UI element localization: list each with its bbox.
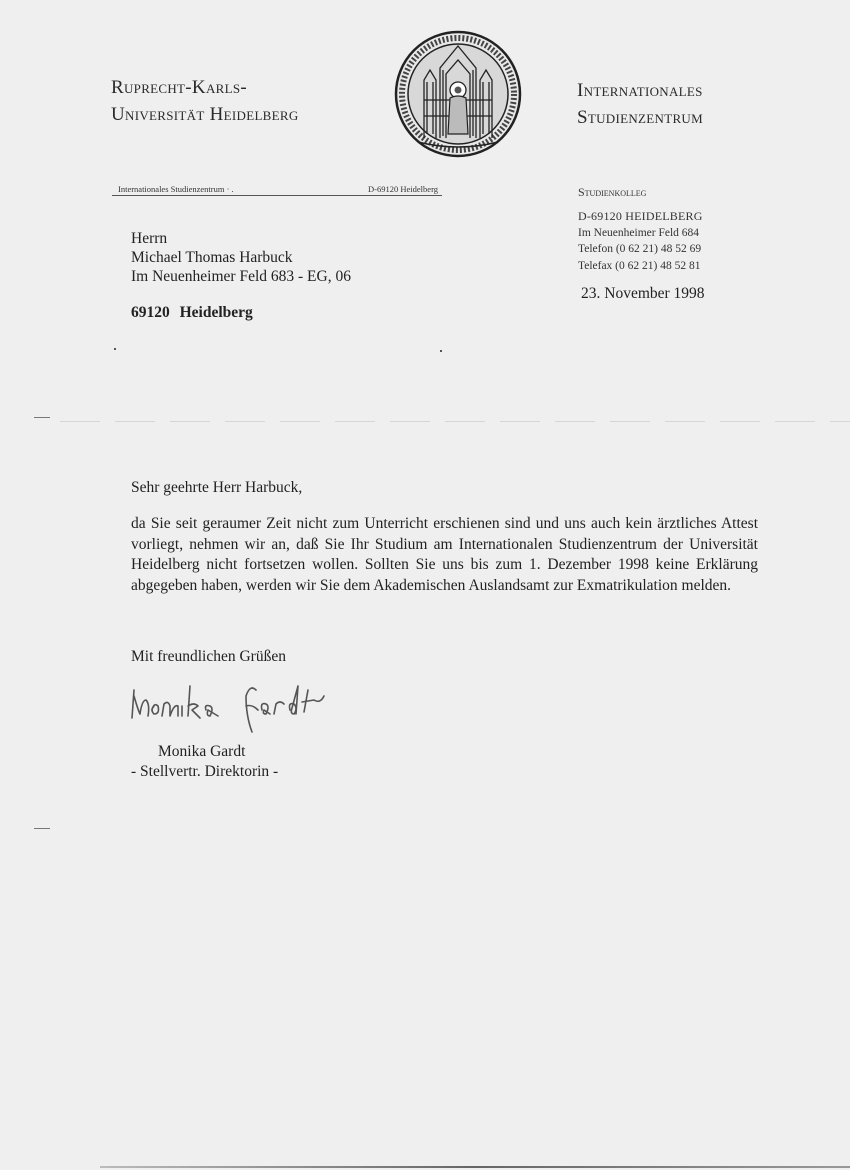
fold-line xyxy=(60,421,850,422)
sender-phone: Telefon (0 62 21) 48 52 69 xyxy=(578,241,703,258)
sender-street: Im Neuenheimer Feld 684 xyxy=(578,225,703,242)
letter-body: da Sie seit geraumer Zeit nicht zum Unte… xyxy=(131,514,758,596)
university-name: Ruprecht-Karls- Universität Heidelberg xyxy=(111,74,299,128)
return-address-line: Internationales Studienzentrum · . D-691… xyxy=(112,184,442,196)
letter-salutation: Sehr geehrte Herr Harbuck, xyxy=(131,479,302,497)
recipient-name: Michael Thomas Harbuck xyxy=(131,248,351,267)
signer-name: Monika Gardt xyxy=(131,742,278,762)
university-name-line2: Universität Heidelberg xyxy=(111,101,299,128)
institute-name-line2: Studienzentrum xyxy=(577,104,703,131)
recipient-salutation: Herrn xyxy=(131,229,351,248)
sender-fax: Telefax (0 62 21) 48 52 81 xyxy=(578,258,703,275)
fold-mark xyxy=(34,417,50,418)
signer-title: - Stellvertr. Direktorin - xyxy=(131,762,278,782)
recipient-address: Herrn Michael Thomas Harbuck Im Neuenhei… xyxy=(131,229,351,322)
sender-postal: D-69120 HEIDELBERG xyxy=(578,208,703,225)
page-edge xyxy=(100,1166,850,1168)
recipient-street: Im Neuenheimer Feld 683 - EG, 06 xyxy=(131,267,351,286)
institute-name: Internationales Studienzentrum xyxy=(577,77,703,131)
punch-mark xyxy=(34,828,50,829)
sender-address: Studienkolleg D-69120 HEIDELBERG Im Neue… xyxy=(578,184,703,274)
university-seal-icon xyxy=(394,30,522,158)
window-corner-mark xyxy=(114,348,116,350)
return-address-city: D-69120 Heidelberg xyxy=(368,184,438,194)
institute-name-line1: Internationales xyxy=(577,77,703,104)
window-corner-mark xyxy=(440,350,442,352)
return-address-sender: Internationales Studienzentrum · . xyxy=(118,184,234,194)
handwritten-signature xyxy=(128,676,338,736)
signer-block: Monika Gardt - Stellvertr. Direktorin - xyxy=(131,742,278,782)
letter-closing: Mit freundlichen Grüßen xyxy=(131,648,286,666)
university-name-line1: Ruprecht-Karls- xyxy=(111,74,299,101)
sender-department: Studienkolleg xyxy=(578,184,703,200)
letter-date: 23. November 1998 xyxy=(581,285,705,303)
recipient-city: 69120 Heidelberg xyxy=(131,303,351,322)
